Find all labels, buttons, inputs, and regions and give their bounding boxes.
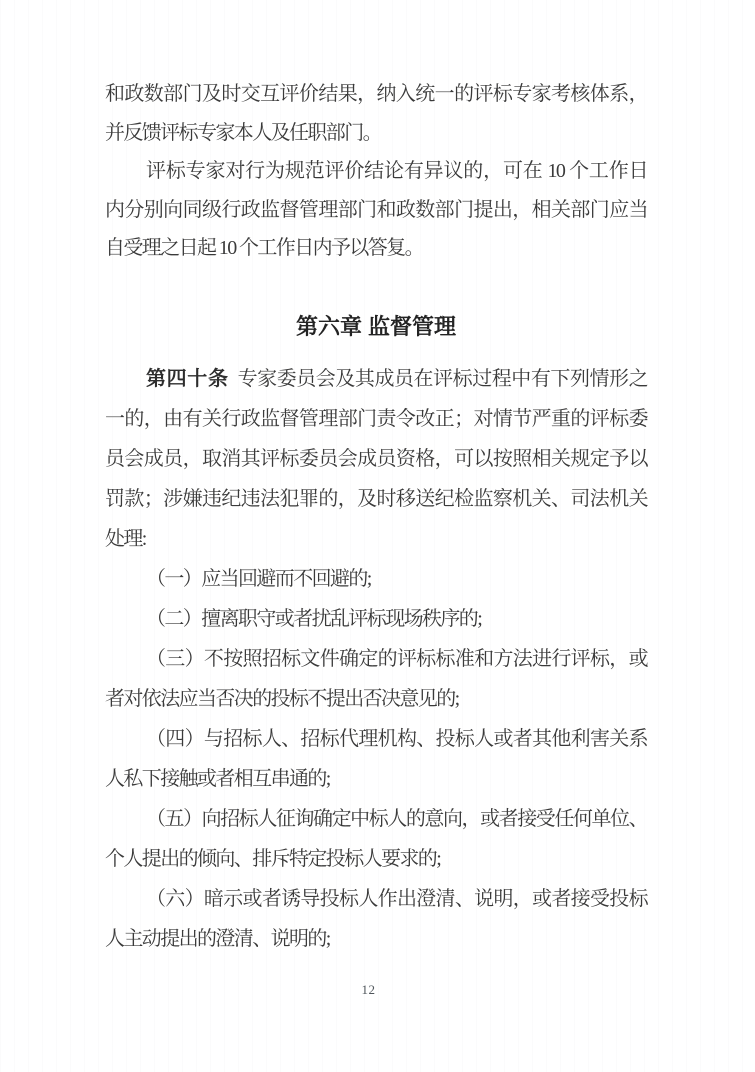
list-item-line: 个人提出的倾向、排斥特定投标人要求的; bbox=[105, 839, 647, 879]
text-line: 内分别向同级行政监督管理部门和政数部门提出，相关部门应当 bbox=[105, 191, 647, 230]
list-item-line: （三）不按照招标文件确定的评标标准和方法进行评标，或 bbox=[105, 639, 647, 679]
text-line: 员会成员，取消其评标委员会成员资格，可以按照相关规定予以 bbox=[105, 439, 647, 479]
article-40: 第四十条专家委员会及其成员在评标过程中有下列情形之 一的，由有关行政监督管理部门… bbox=[105, 359, 647, 959]
article-first-line: 第四十条专家委员会及其成员在评标过程中有下列情形之 bbox=[105, 359, 647, 399]
text-line: 评标专家对行为规范评价结论有异议的，可在 10 个工作日 bbox=[105, 152, 647, 191]
article-number: 第四十条 bbox=[146, 368, 229, 390]
text-line: 罚款；涉嫌违纪违法犯罪的，及时移送纪检监察机关、司法机关 bbox=[105, 479, 647, 519]
page-footer: 12 bbox=[0, 982, 755, 998]
text-line: 并反馈评标专家本人及任职部门。 bbox=[105, 114, 647, 153]
document-page: 和政数部门及时交互评价结果，纳入统一的评标专家考核体系， 并反馈评标专家本人及任… bbox=[0, 0, 755, 1072]
text-line: 和政数部门及时交互评价结果，纳入统一的评标专家考核体系， bbox=[105, 75, 647, 114]
paragraph-continuation: 和政数部门及时交互评价结果，纳入统一的评标专家考核体系， 并反馈评标专家本人及任… bbox=[105, 75, 647, 152]
list-item-line: （四）与招标人、招标代理机构、投标人或者其他利害关系 bbox=[105, 719, 647, 759]
text-line: 自受理之日起 10 个工作日内予以答复。 bbox=[105, 229, 647, 268]
text-line: 一的，由有关行政监督管理部门责令改正；对情节严重的评标委 bbox=[105, 399, 647, 439]
article-first-line-text: 专家委员会及其成员在评标过程中有下列情形之 bbox=[238, 368, 647, 390]
list-item-line: 人私下接触或者相互串通的; bbox=[105, 759, 647, 799]
list-item-line: （一）应当回避而不回避的; bbox=[105, 559, 647, 599]
page-number: 12 bbox=[362, 982, 376, 997]
list-item-line: 者对依法应当否决的投标不提出否决意见的; bbox=[105, 679, 647, 719]
paragraph-appeal: 评标专家对行为规范评价结论有异议的，可在 10 个工作日 内分别向同级行政监督管… bbox=[105, 152, 647, 268]
text-line: 处理: bbox=[105, 519, 647, 559]
list-item-line: （五）向招标人征询确定中标人的意向，或者接受任何单位、 bbox=[105, 799, 647, 839]
list-item-line: （二）擅离职守或者扰乱评标现场秩序的; bbox=[105, 599, 647, 639]
list-item-line: 人主动提出的澄清、说明的; bbox=[105, 919, 647, 959]
chapter-heading: 第六章 监督管理 bbox=[105, 307, 647, 347]
page-content: 和政数部门及时交互评价结果，纳入统一的评标专家考核体系， 并反馈评标专家本人及任… bbox=[105, 75, 647, 959]
list-item-line: （六）暗示或者诱导投标人作出澄清、说明，或者接受投标 bbox=[105, 879, 647, 919]
